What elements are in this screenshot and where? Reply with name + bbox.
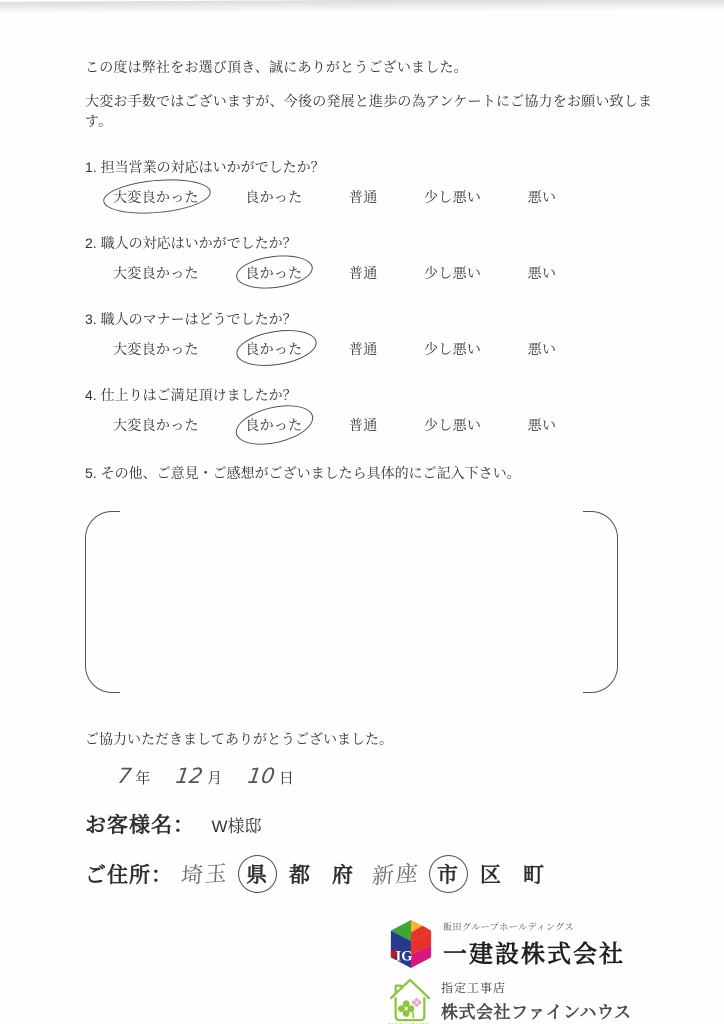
option-label: 悪い [528, 417, 557, 433]
fine-house-logo-text: 指定工事店 株式会社ファインハウス [441, 979, 640, 1023]
question-5: 5. その他、ご意見・ご感想がございましたら具体的にご記入下さい。 [85, 464, 655, 482]
option-label: 良かった [245, 189, 302, 205]
customer-name-label: お客様名： [85, 814, 195, 837]
address-unit-ku: 区 [480, 859, 501, 889]
intro-line-1: この度は弊社をお選び頂き、誠にありがとうございました。 [85, 57, 655, 77]
option-label: 悪い [528, 265, 557, 281]
group-holdings-name: 飯田グループホールディングス [443, 920, 640, 933]
question-1-option-bit-bad[interactable]: 少し悪い [424, 187, 481, 207]
question-4-option-normal[interactable]: 普通 [349, 415, 378, 435]
date-year-value: 7 [116, 764, 133, 788]
customer-address-label: ご住所： [85, 864, 173, 887]
address-unit-prefecture: 県 [246, 859, 267, 889]
question-4: 4. 仕上りはご満足頂けましたか？ 大変良かった 良かった 普通 少し悪い 悪い [85, 386, 655, 435]
question-1-label: 1. 担当営業の対応はいかがでしたか？ [85, 158, 655, 176]
question-4-options: 大変良かった 良かった 普通 少し悪い 悪い [85, 415, 655, 435]
fine-house-logo-icon: FINE HOUSE [388, 974, 432, 1024]
option-label: 普通 [349, 265, 378, 281]
option-label: 少し悪い [424, 417, 481, 433]
comment-box[interactable] [85, 511, 618, 693]
question-3-option-bit-bad[interactable]: 少し悪い [424, 339, 481, 359]
option-label: 普通 [349, 341, 378, 357]
option-label: 大変良かった [113, 189, 199, 205]
footer-logos: IG 飯田グループホールディングス 一建設株式会社 [388, 919, 640, 1024]
ig-cube-logo-icon: IG [388, 919, 434, 969]
address-prefecture-handwritten: 埼玉 [180, 856, 230, 891]
option-label: 大変良かった [113, 417, 199, 433]
option-label: 大変良かった [113, 265, 199, 281]
customer-name-value: W様邸 [211, 817, 261, 836]
comment-box-left-bracket [85, 511, 120, 693]
question-2-option-very-good[interactable]: 大変良かった [113, 263, 199, 283]
question-3-option-good[interactable]: 良かった [245, 339, 302, 359]
question-2-option-bit-bad[interactable]: 少し悪い [424, 263, 481, 283]
option-label: 少し悪い [424, 341, 481, 357]
question-2: 2. 職人の対応はいかがでしたか？ 大変良かった 良かった 普通 少し悪い 悪い [85, 234, 655, 283]
hajime-kensetsu-logo-row: IG 飯田グループホールディングス 一建設株式会社 [388, 919, 640, 969]
question-1-option-good[interactable]: 良かった [245, 187, 302, 207]
question-4-option-good[interactable]: 良かった [245, 415, 302, 435]
date-row: 7年12月10日 [118, 764, 655, 788]
question-1-option-normal[interactable]: 普通 [349, 187, 378, 207]
option-label: 悪い [528, 341, 557, 357]
question-2-option-bad[interactable]: 悪い [528, 263, 557, 283]
option-label: 良かった [245, 265, 302, 281]
customer-name-row: お客様名： W様邸 [85, 809, 655, 839]
option-label: 少し悪い [424, 189, 481, 205]
question-3-options: 大変良かった 良かった 普通 少し悪い 悪い [85, 339, 655, 359]
date-month-value: 12 [175, 764, 205, 788]
fine-house-logo-row: FINE HOUSE 指定工事店 株式会社ファインハウス [388, 974, 640, 1024]
question-1-option-bad[interactable]: 悪い [528, 187, 557, 207]
comment-box-right-bracket [583, 511, 618, 693]
option-label: 悪い [528, 189, 557, 205]
address-unit-cho: 町 [523, 859, 544, 889]
address-unit-label: 市 [437, 864, 458, 887]
company-name: 一建設株式会社 [443, 934, 640, 969]
option-label: 大変良かった [113, 341, 199, 357]
intro-line-2: 大変お手数ではございますが、今後の発展と進歩の為アンケートにご協力をお願い致しま… [85, 91, 655, 131]
question-3-label: 3. 職人のマナーはどうでしたか？ [85, 310, 655, 328]
address-unit-label: 県 [246, 864, 267, 887]
question-1: 1. 担当営業の対応はいかがでしたか？ 大変良かった 良かった 普通 少し悪い … [85, 158, 655, 207]
date-year-unit: 年 [135, 770, 150, 787]
option-label: 普通 [349, 189, 378, 205]
option-label: 少し悪い [424, 265, 481, 281]
option-label: 良かった [245, 417, 302, 433]
builder-name: 株式会社ファインハウス [441, 998, 640, 1023]
date-month-unit: 月 [207, 770, 222, 787]
question-4-option-bit-bad[interactable]: 少し悪い [424, 415, 481, 435]
date-day-unit: 日 [279, 770, 294, 787]
address-city-handwritten: 新座 [371, 856, 421, 891]
designation-label: 指定工事店 [441, 979, 640, 996]
ig-logo-text: IG [396, 948, 413, 964]
question-2-options: 大変良かった 良かった 普通 少し悪い 悪い [85, 263, 655, 283]
question-3-option-very-good[interactable]: 大変良かった [113, 339, 199, 359]
address-unit-city: 市 [437, 859, 458, 889]
question-4-option-bad[interactable]: 悪い [528, 415, 557, 435]
question-2-label: 2. 職人の対応はいかがでしたか？ [85, 234, 655, 252]
address-unit-to: 都 [289, 859, 310, 889]
date-day-value: 10 [246, 764, 276, 788]
question-4-label: 4. 仕上りはご満足頂けましたか？ [85, 386, 655, 404]
option-label: 普通 [349, 417, 378, 433]
closing-text: ご協力いただきましてありがとうございました。 [85, 729, 655, 749]
question-1-option-very-good[interactable]: 大変良かった [113, 187, 199, 207]
address-unit-fu: 府 [332, 859, 353, 889]
question-2-option-good[interactable]: 良かった [245, 263, 302, 283]
question-3-option-normal[interactable]: 普通 [349, 339, 378, 359]
option-label: 良かった [245, 341, 302, 357]
hajime-kensetsu-logo-text: 飯田グループホールディングス 一建設株式会社 [443, 920, 640, 969]
customer-address-row: ご住所：埼玉県都府新座市区町 [85, 858, 655, 889]
question-4-option-very-good[interactable]: 大変良かった [113, 415, 199, 435]
survey-page: この度は弊社をお選び頂き、誠にありがとうございました。 大変お手数ではございます… [0, 0, 724, 1024]
question-3-option-bad[interactable]: 悪い [528, 339, 557, 359]
question-5-label: 5. その他、ご意見・ご感想がございましたら具体的にご記入下さい。 [85, 464, 655, 482]
question-3: 3. 職人のマナーはどうでしたか？ 大変良かった 良かった 普通 少し悪い 悪い [85, 310, 655, 359]
question-1-options: 大変良かった 良かった 普通 少し悪い 悪い [85, 187, 655, 207]
scan-artifact-top-edge [0, 0, 724, 14]
question-2-option-normal[interactable]: 普通 [349, 263, 378, 283]
